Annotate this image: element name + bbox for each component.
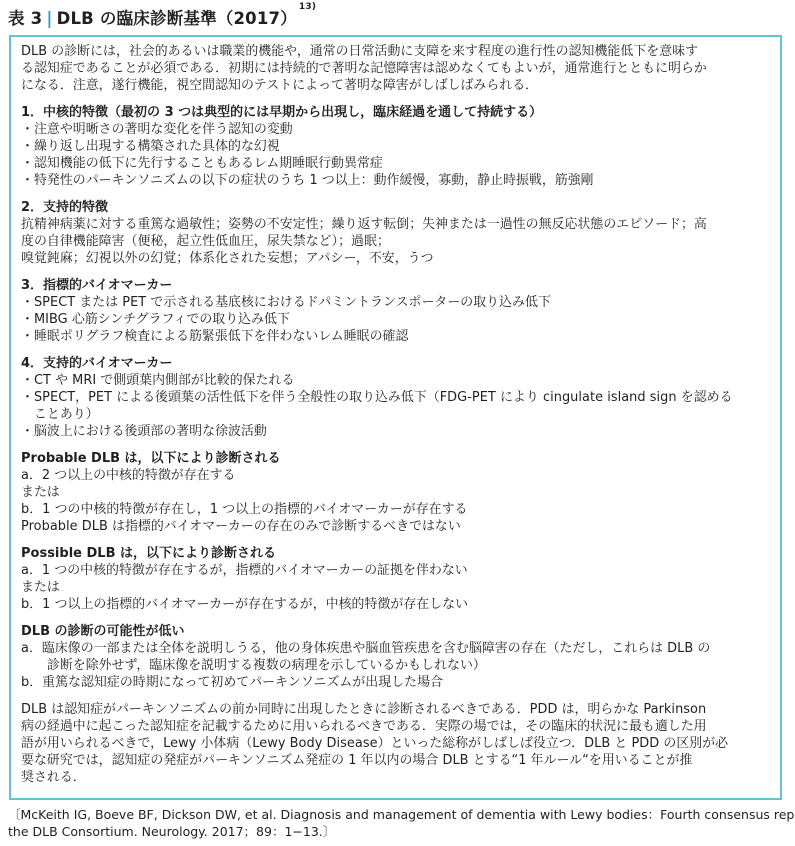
criteria-box: DLB の診断には，社会的あるいは職業的機能や，通常の日常活動に支障を来す程度の… <box>9 35 782 800</box>
list-item: ・SPECT，PET による後頭葉の活性低下を伴う全般性の取り込み低下（FDG-… <box>21 389 770 406</box>
text-line: 奨される． <box>21 769 770 786</box>
table-number: 表 3 <box>8 9 42 28</box>
list-item: ・注意や明晰さの著明な変化を伴う認知の変動 <box>21 121 770 138</box>
table-title: 表 3|DLB の臨床診断基準（2017）13) <box>8 5 316 29</box>
citation-line: the DLB Consortium. Neurology. 2017；89：1… <box>8 823 788 840</box>
list-item: ・脳波上における後頭部の著明な徐波活動 <box>21 423 770 440</box>
section-heading: 4．支持的バイオマーカー <box>21 355 770 372</box>
closing-paragraph: DLB は認知症がパーキンソニズムの前か同時に出現したときに診断されるべきである… <box>21 701 770 786</box>
intro-line: る認知症であることが必須である．初期には持続的で著明な記憶障害は認めなくてもよい… <box>21 60 770 77</box>
text-line: 抗精神病薬に対する重篤な過敏性；姿勢の不安定性；繰り返す転倒；失神または一過性の… <box>21 216 770 233</box>
citation: 〔McKeith IG, Boeve BF, Dickson DW, et al… <box>8 806 788 840</box>
criterion-line: Probable DLB は指標的バイオマーカーの存在のみで診断するべきではない <box>21 518 770 535</box>
list-item: ・CT や MRI で側頭葉内側部が比較的保たれる <box>21 372 770 389</box>
criterion-line: 診断を除外せず，臨床像を説明する複数の病理を示しているかもしれない） <box>21 657 770 674</box>
list-item: ・認知機能の低下に先行することもあるレム期睡眠行動異常症 <box>21 155 770 172</box>
criterion-line: または <box>21 579 770 596</box>
list-item: ・特発性のパーキンソニズムの以下の症状のうち 1 つ以上：動作緩慢，寡動，静止時… <box>21 172 770 189</box>
text-line: DLB は認知症がパーキンソニズムの前か同時に出現したときに診断されるべきである… <box>21 701 770 718</box>
section-heading: 3．指標的バイオマーカー <box>21 277 770 294</box>
list-item: ・睡眠ポリグラフ検査による筋緊張低下を伴わないレム睡眠の確認 <box>21 328 770 345</box>
criterion-line: a．臨床像の一部または全体を説明しうる，他の身体疾患や脳血管疾患を含む脳障害の存… <box>21 640 770 657</box>
text-line: 度の自律機能障害（便秘，起立性低血圧，尿失禁など）；過眠； <box>21 233 770 250</box>
section-supportive-features: 2．支持的特徴 抗精神病薬に対する重篤な過敏性；姿勢の不安定性；繰り返す転倒；失… <box>21 199 770 267</box>
citation-line: 〔McKeith IG, Boeve BF, Dickson DW, et al… <box>8 806 788 823</box>
list-item: ・繰り返し出現する構築された具体的な幻視 <box>21 138 770 155</box>
section-probable-dlb: Probable DLB は，以下により診断される a．2 つ以上の中核的特徴が… <box>21 450 770 535</box>
reference-mark: 13) <box>299 2 316 12</box>
intro-line: DLB の診断には，社会的あるいは職業的機能や，通常の日常活動に支障を来す程度の… <box>21 43 770 60</box>
section-indicative-biomarkers: 3．指標的バイオマーカー ・SPECT または PET で示される基底核における… <box>21 277 770 345</box>
title-separator: | <box>46 9 52 28</box>
section-less-likely: DLB の診断の可能性が低い a．臨床像の一部または全体を説明しうる，他の身体疾… <box>21 623 770 691</box>
section-supportive-biomarkers: 4．支持的バイオマーカー ・CT や MRI で側頭葉内側部が比較的保たれる ・… <box>21 355 770 440</box>
list-item: ・SPECT または PET で示される基底核におけるドパミントランスポーターの… <box>21 294 770 311</box>
intro-paragraph: DLB の診断には，社会的あるいは職業的機能や，通常の日常活動に支障を来す程度の… <box>21 43 770 94</box>
criterion-line: a．2 つ以上の中核的特徴が存在する <box>21 467 770 484</box>
criterion-line: b．1 つ以上の指標的バイオマーカーが存在するが，中核的特徴が存在しない <box>21 596 770 613</box>
section-heading: Probable DLB は，以下により診断される <box>21 450 770 467</box>
section-possible-dlb: Possible DLB は，以下により診断される a．1 つの中核的特徴が存在… <box>21 545 770 613</box>
text-line: 語が用いられるべきで，Lewy 小体病（Lewy Body Disease）とい… <box>21 735 770 752</box>
section-heading: 2．支持的特徴 <box>21 199 770 216</box>
list-item: ことあり） <box>21 406 770 423</box>
section-heading: 1．中核的特徴（最初の 3 つは典型的には早期から出現し，臨床経過を通して持続す… <box>21 104 770 121</box>
section-core-features: 1．中核的特徴（最初の 3 つは典型的には早期から出現し，臨床経過を通して持続す… <box>21 104 770 189</box>
text-line: 嗅覚鈍麻；幻視以外の幻覚；体系化された妄想；アパシー，不安，うつ <box>21 250 770 267</box>
section-heading: DLB の診断の可能性が低い <box>21 623 770 640</box>
intro-line: になる．注意，遂行機能，視空間認知のテストによって著明な障害がしばしばみられる． <box>21 77 770 94</box>
list-item: ・MIBG 心筋シンチグラフィでの取り込み低下 <box>21 311 770 328</box>
title-text: DLB の臨床診断基準（2017） <box>57 9 297 28</box>
criterion-line: a．1 つの中核的特徴が存在するが，指標的バイオマーカーの証拠を伴わない <box>21 562 770 579</box>
text-line: 要な研究では，認知症の発症がパーキンソニズム発症の 1 年以内の場合 DLB と… <box>21 752 770 769</box>
section-heading: Possible DLB は，以下により診断される <box>21 545 770 562</box>
criterion-line: b．重篤な認知症の時期になって初めてパーキンソニズムが出現した場合 <box>21 674 770 691</box>
criterion-line: b．1 つの中核的特徴が存在し，1 つ以上の指標的バイオマーカーが存在する <box>21 501 770 518</box>
text-line: 病の経過中に起こった認知症を記載するために用いられるべきである．実際の場では，そ… <box>21 718 770 735</box>
criterion-line: または <box>21 484 770 501</box>
